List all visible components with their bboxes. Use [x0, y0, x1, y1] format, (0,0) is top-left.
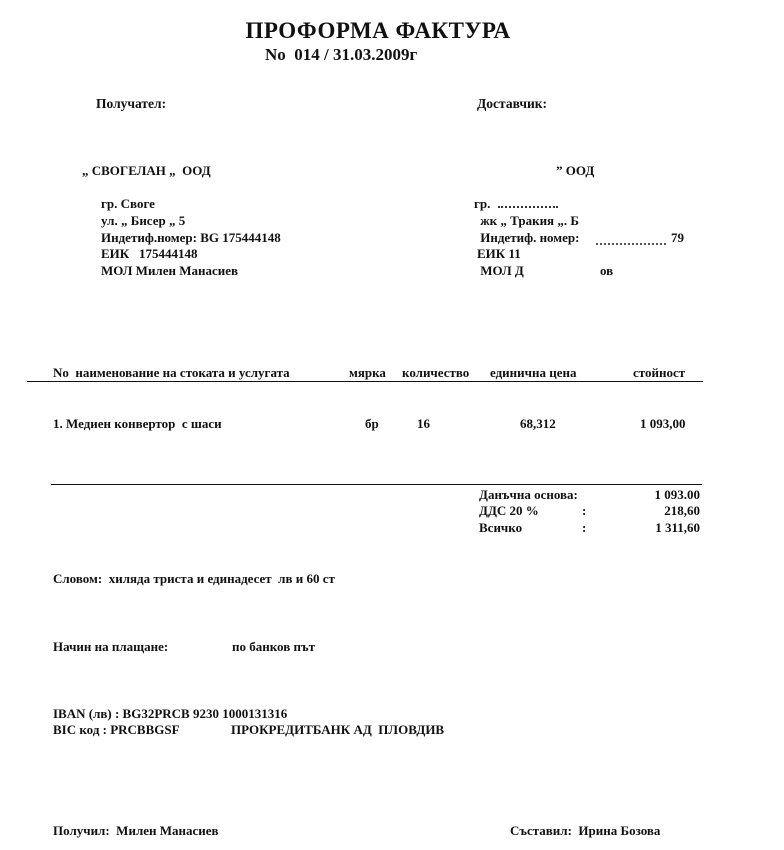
row-item-name: 1. Медиен конвертор с шаси	[53, 416, 222, 432]
supplier-mol: МОЛ Д	[477, 263, 524, 279]
total-colon: :	[582, 520, 586, 536]
supplier-city: гр.	[474, 196, 494, 212]
payment-value: по банков път	[232, 639, 315, 655]
recipient-street: ул. „ Бисер „ 5	[101, 213, 185, 229]
payment-label: Начин на плащане:	[53, 639, 168, 655]
redaction-mark	[498, 196, 558, 208]
recipient-vat-id: Индетиф.номер: BG 175444148	[101, 230, 281, 246]
tax-base-label: Данъчна основа:	[479, 487, 578, 503]
recipient-city: гр. Своге	[101, 196, 155, 212]
recipient-eik: ЕИК 175444148	[101, 246, 197, 262]
row-unit-price: 68,312	[520, 416, 556, 432]
supplier-company: ” ООД	[556, 163, 594, 179]
total-value: 1 311,60	[655, 520, 700, 536]
bank-name: ПРОКРЕДИТБАНК АД ПЛОВДИВ	[231, 722, 444, 738]
document-title: ПРОФОРМА ФАКТУРА	[0, 18, 756, 44]
tax-base-value: 1 093.00	[655, 487, 701, 503]
bic-code: BIC код : PRCBBGSF	[53, 722, 180, 738]
vat-label: ДДС 20 %	[479, 503, 539, 519]
table-bottom-divider	[51, 484, 702, 485]
amount-in-words: Словом: хиляда триста и единадесет лв и …	[53, 571, 335, 587]
redaction-mark	[596, 233, 666, 245]
compiled-by: Съставил: Ирина Бозова	[510, 823, 660, 839]
iban: IBAN (лв) : BG32PRCB 9230 1000131316	[53, 706, 287, 722]
supplier-mol-tail: ов	[600, 263, 613, 279]
header-quantity: количество	[402, 365, 469, 381]
supplier-street: жк „ Тракия „. Б	[477, 213, 579, 229]
row-quantity: 16	[417, 416, 430, 432]
header-unit-price: единична цена	[490, 365, 576, 381]
recipient-heading: Получател:	[96, 96, 166, 112]
supplier-vat-id-tail: 79	[671, 230, 684, 246]
received-by: Получил: Милен Манасиев	[53, 823, 219, 839]
total-label: Всичко	[479, 520, 522, 536]
document-number-date: No 014 / 31.03.2009г	[265, 45, 417, 65]
header-unit: мярка	[349, 365, 386, 381]
supplier-heading: Доставчик:	[477, 96, 547, 112]
vat-value: 218,60	[664, 503, 700, 519]
row-unit: бр	[365, 416, 379, 432]
header-divider	[27, 381, 703, 382]
row-value: 1 093,00	[640, 416, 686, 432]
recipient-mol: МОЛ Милен Манасиев	[101, 263, 238, 279]
supplier-vat-id: Индетиф. номер:	[477, 230, 583, 246]
recipient-company: „ СВОГЕЛАН „ ООД	[82, 163, 211, 179]
vat-colon: :	[582, 503, 586, 519]
header-value: стойност	[633, 365, 685, 381]
supplier-eik: ЕИК 11	[477, 246, 521, 262]
header-no-name: No наименование на стоката и услугата	[53, 365, 290, 381]
